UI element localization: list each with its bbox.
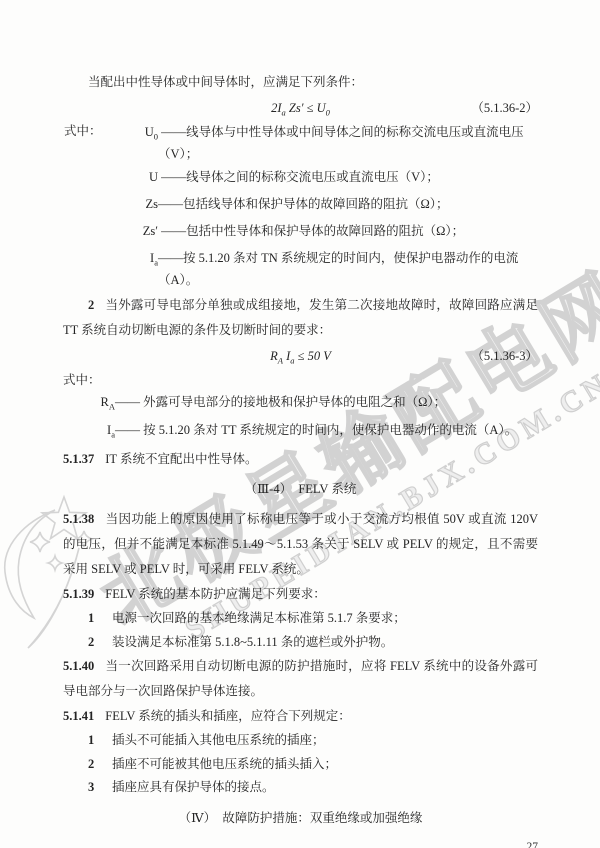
equation-number: （5.1.36-2） <box>471 95 538 121</box>
item-text: 装设满足本标准第 5.1.8~5.1.11 条的遮栏或外护物。 <box>112 635 393 649</box>
item-number: 1 <box>88 729 112 752</box>
clause-number: 5.1.38 <box>63 512 94 526</box>
clause-number: 5.1.39 <box>63 587 94 601</box>
clause-2-paragraph: 2当外露可导电部分单独或成组接地，发生第二次接地故障时，故障回路应满足 TT 系… <box>63 293 538 343</box>
def-symbol: RA <box>63 391 115 419</box>
clause-5-1-39: 5.1.39FELV 系统的基本防护应满足下列要求： <box>63 582 538 607</box>
item-text: 插座不可能被其他电压系统的插头插入； <box>112 757 337 771</box>
clause-text: 当因功能上的原因使用了标称电压等于或小于交流方均根值 50V 或直流 120V … <box>63 512 538 576</box>
defs-label: 式中： <box>63 369 538 391</box>
list-item: 2插座不可能被其他电压系统的插头插入； <box>63 753 538 776</box>
clause-text: 当外露可导电部分单独或成组接地，发生第二次接地故障时，故障回路应满足 TT 系统… <box>63 298 538 337</box>
clause-number: 5.1.37 <box>63 452 94 466</box>
item-number: 2 <box>88 631 112 654</box>
clause-number: 2 <box>88 298 94 312</box>
symbol-definitions-2: RA —— 外露可导电部分的接地极和保护导体的电阻之和（Ω）； Ia —— 按 … <box>63 391 538 446</box>
def-description: —— 外露可导电部分的接地极和保护导体的电阻之和（Ω）； <box>115 391 538 419</box>
clause-text: 当一次回路采用自动切断电源的防护措施时，应将 FELV 系统中的设备外露可导电部… <box>63 659 538 698</box>
def-symbol: Zs′ <box>63 220 158 247</box>
clause-number: 5.1.40 <box>63 659 94 673</box>
clause-text: FELV 系统的插头和插座，应符合下列规定： <box>105 709 351 723</box>
item-text: 插头不可能插入其他电压系统的插座； <box>112 733 325 747</box>
item-number: 1 <box>88 607 112 630</box>
def-row: Ia ——按 5.1.20 条对 TN 系统规定的时间内，使保护电器动作的电流（… <box>63 247 538 292</box>
list-item: 3插座应具有保护导体的接点。 <box>63 776 538 799</box>
formula-5-1-36-2: 2Ia Zs′ ≤ U0 （5.1.36-2） <box>63 95 538 121</box>
list-item: 1插头不可能插入其他电压系统的插座； <box>63 729 538 752</box>
section-heading-iv: （Ⅳ） 故障防护措施：双重绝缘或加强绝缘 <box>63 806 538 831</box>
defs-label: 式中： <box>64 121 102 139</box>
clause-text: IT 系统不宜配出中性导体。 <box>105 452 257 466</box>
def-row: U0 ——线导体与中性导体或中间导体之间的标称交流电压或直流电压（V）； <box>63 121 538 166</box>
sparkle-icon <box>48 556 62 570</box>
intro-paragraph: 当配出中性导体或中间导体时，应满足下列条件： <box>63 70 538 95</box>
clause-5-1-40: 5.1.40当一次回路采用自动切断电源的防护措施时，应将 FELV 系统中的设备… <box>63 654 538 704</box>
item-text: 电源一次回路的基本绝缘满足本标准第 5.1.7 条要求； <box>112 611 406 625</box>
def-description: ——线导体之间的标称交流电压或直流电压（V）； <box>158 166 538 193</box>
def-description: —— 按 5.1.20 条对 TT 系统规定的时间内，使保护电器动作的电流（A）… <box>115 419 538 447</box>
clause-number: 5.1.41 <box>63 709 94 723</box>
clause-text: FELV 系统的基本防护应满足下列要求： <box>105 587 326 601</box>
symbol-definitions-1: 式中： U0 ——线导体与中性导体或中间导体之间的标称交流电压或直流电压（V）；… <box>63 121 538 291</box>
def-symbol: Zs <box>63 193 158 220</box>
def-symbol: Ia <box>63 247 158 292</box>
def-row: U ——线导体之间的标称交流电压或直流电压（V）； <box>63 166 538 193</box>
item-text: 插座应具有保护导体的接点。 <box>112 780 275 794</box>
item-number: 2 <box>88 753 112 776</box>
clause-5-1-38: 5.1.38当因功能上的原因使用了标称电压等于或小于交流方均根值 50V 或直流… <box>63 507 538 582</box>
document-page: 北极星输配电网 SHUPEIDIAN.BJX.COM.CN 当配出中性导体或中间… <box>0 0 600 848</box>
clause-5-1-37: 5.1.37IT 系统不宜配出中性导体。 <box>63 447 538 472</box>
page-number: 27 <box>63 841 538 848</box>
def-description: ——按 5.1.20 条对 TN 系统规定的时间内，使保护电器动作的电流（A）。 <box>158 247 538 292</box>
list-item: 2装设满足本标准第 5.1.8~5.1.11 条的遮栏或外护物。 <box>63 631 538 654</box>
clause-5-1-41: 5.1.41FELV 系统的插头和插座，应符合下列规定： <box>63 704 538 729</box>
def-row: Ia —— 按 5.1.20 条对 TT 系统规定的时间内，使保护电器动作的电流… <box>63 419 538 447</box>
item-number: 3 <box>88 776 112 799</box>
list-item: 1电源一次回路的基本绝缘满足本标准第 5.1.7 条要求； <box>63 607 538 630</box>
sparkle-icon <box>30 532 50 552</box>
def-row: Zs ——包括线导体和保护导体的故障回路的阻抗（Ω）； <box>63 193 538 220</box>
def-symbol: Ia <box>63 419 115 447</box>
def-row: Zs′ ——包括中性导体和保护导体的故障回路的阻抗（Ω）； <box>63 220 538 247</box>
formula-expression: RA Ia ≤ 50 V <box>270 349 331 363</box>
def-description: ——包括线导体和保护导体的故障回路的阻抗（Ω）； <box>158 193 538 220</box>
def-description: ——线导体与中性导体或中间导体之间的标称交流电压或直流电压（V）； <box>158 121 538 166</box>
formula-5-1-36-3: RA Ia ≤ 50 V （5.1.36-3） <box>63 343 538 369</box>
content-area: 当配出中性导体或中间导体时，应满足下列条件： 2Ia Zs′ ≤ U0 （5.1… <box>63 70 538 848</box>
crescent-shape <box>5 510 55 618</box>
def-row: RA —— 外露可导电部分的接地极和保护导体的电阻之和（Ω）； <box>63 391 538 419</box>
def-symbol: U <box>63 166 158 193</box>
section-heading-iii-4: （Ⅲ-4） FELV 系统 <box>63 477 538 502</box>
formula-expression: 2Ia Zs′ ≤ U0 <box>271 101 330 115</box>
equation-number: （5.1.36-3） <box>471 343 538 369</box>
def-description: ——包括中性导体和保护导体的故障回路的阻抗（Ω）； <box>158 220 538 247</box>
